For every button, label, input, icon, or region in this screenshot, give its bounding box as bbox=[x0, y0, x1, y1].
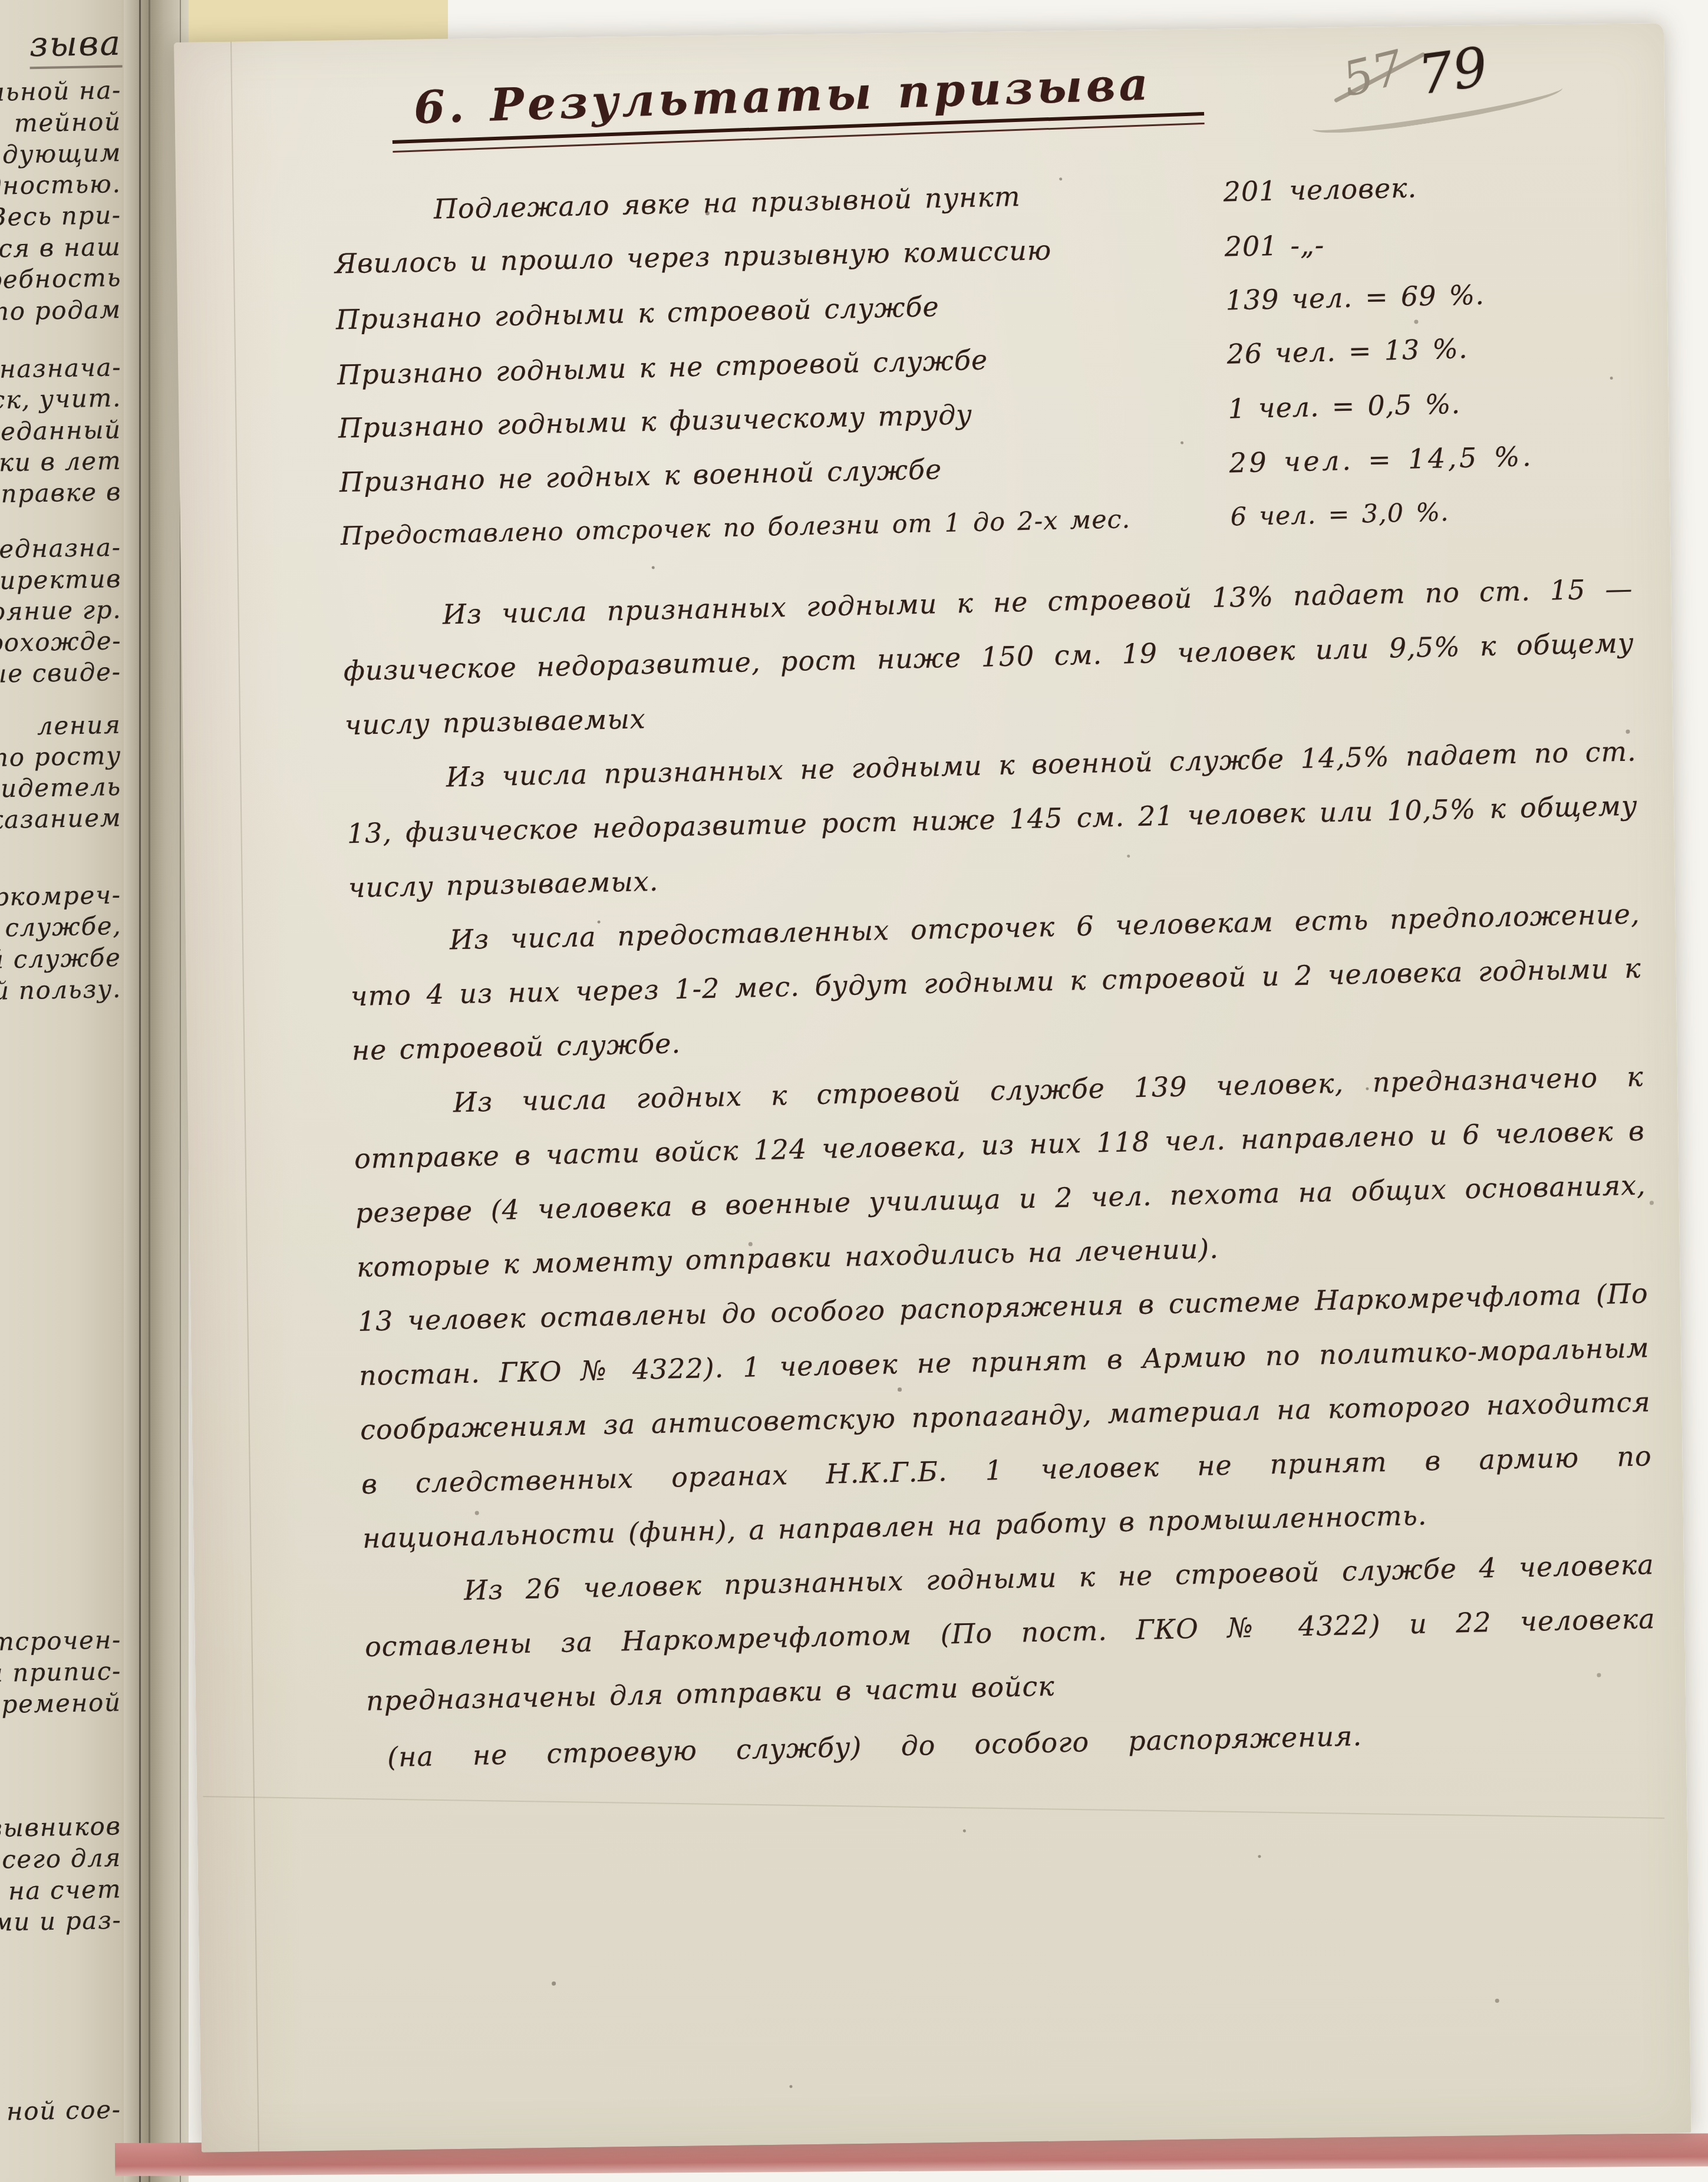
left-page-fragment: всего для bbox=[0, 1843, 121, 1874]
paragraph: Из числа предоставленных отсрочек 6 чело… bbox=[349, 886, 1643, 1077]
paragraph: Из числа признанных не годными к военной… bbox=[345, 724, 1639, 915]
fold-line bbox=[139, 0, 141, 2182]
paragraph: Из 26 человек признанных годными к не ст… bbox=[363, 1537, 1657, 1728]
left-page-fragment: ой пользу. bbox=[0, 974, 121, 1006]
fold-line bbox=[149, 0, 150, 2182]
left-page-fragment: предназна- bbox=[0, 533, 121, 565]
paragraph: 13 человек оставлены до особого распоряж… bbox=[357, 1266, 1654, 1565]
left-page-fragment: назнача- bbox=[0, 352, 121, 384]
row-value: 201 -„- bbox=[1224, 212, 1626, 274]
section-title-block: 6. Результаты призыва bbox=[413, 58, 1153, 151]
left-page-fragment: ления bbox=[37, 710, 121, 740]
summary-table: Подлежало явке на призывной пункт 201 че… bbox=[333, 156, 1632, 564]
left-page-fragment: по росту bbox=[0, 741, 121, 772]
left-page-fragment: отправке в bbox=[0, 477, 121, 509]
left-page-fragment: тейной bbox=[14, 107, 122, 137]
left-page-fragment: даны припис- bbox=[0, 1656, 121, 1689]
left-page-fragment: войск, учит. bbox=[0, 383, 121, 415]
left-page-fragment: с указанием bbox=[0, 803, 121, 835]
row-value: 139 чел. = 69 %. bbox=[1225, 265, 1627, 328]
left-page-fragment: евой, службе, bbox=[0, 911, 121, 944]
left-page-fragment: ами и раз- bbox=[0, 1906, 121, 1937]
paragraph: Из числа признанных годными к не строево… bbox=[342, 562, 1636, 753]
paragraph: Из числа годных к строевой службе 139 че… bbox=[352, 1049, 1648, 1294]
left-page-fragment: с переменой bbox=[0, 1687, 121, 1719]
document-page: 57 79 6. Результаты призыва Подлежало яв… bbox=[174, 23, 1691, 2153]
handwritten-content: 6. Результаты призыва Подлежало явке на … bbox=[331, 36, 1658, 1787]
left-page-fragment: зыва bbox=[29, 23, 122, 70]
left-page-fragment: призывников bbox=[0, 1811, 121, 1843]
left-page-fragment: на счет bbox=[8, 1874, 121, 1905]
body-paragraphs: Из числа признанных годными к не строево… bbox=[342, 562, 1658, 1787]
left-page-fragment: льной на- bbox=[0, 75, 121, 107]
row-value: 26 чел. = 13 %. bbox=[1226, 318, 1628, 381]
left-page-fragment: потребность bbox=[0, 263, 121, 295]
left-page-fragment: Наркомреч- bbox=[0, 881, 121, 912]
left-page-fragment: директив bbox=[0, 564, 121, 595]
left-page-fragment: ной сое- bbox=[6, 2095, 121, 2125]
left-page-fragment: ался в наш bbox=[0, 232, 121, 264]
paper-crease bbox=[203, 1796, 1664, 1819]
left-page-fragment: свидетель bbox=[0, 772, 121, 803]
left-page-fragment: Весь при- bbox=[0, 200, 121, 232]
left-page-fragment: по родам bbox=[0, 295, 121, 326]
previous-page-edge: зывальной на-тейнойдующимдностью.Весь пр… bbox=[0, 0, 137, 2182]
row-value: 6 чел. = 3,0 %. bbox=[1230, 482, 1632, 545]
left-page-fragment: овки в лет bbox=[0, 446, 121, 478]
left-page-fragment: дующим bbox=[2, 138, 122, 169]
left-page-fragment: личные свиде- bbox=[0, 657, 121, 690]
paper-crease bbox=[230, 42, 259, 2152]
left-page-fragment: ой службе bbox=[0, 943, 121, 974]
left-page-fragment: я прохожде- bbox=[0, 626, 121, 658]
left-page-fragment: стояние гр. bbox=[0, 595, 121, 627]
row-value: 1 чел. = 0,5 %. bbox=[1228, 373, 1630, 436]
document-scan: зывальной на-тейнойдующимдностью.Весь пр… bbox=[0, 0, 1708, 2182]
row-value: 201 человек. bbox=[1223, 156, 1625, 219]
left-page-fragment: дностью. bbox=[0, 169, 121, 200]
left-page-fragment: еданный bbox=[1, 415, 122, 446]
row-value: 29 чел. = 14,5 %. bbox=[1229, 427, 1631, 490]
paper-speckles bbox=[174, 42, 176, 44]
left-page-fragment: на отсрочен- bbox=[0, 1625, 121, 1657]
